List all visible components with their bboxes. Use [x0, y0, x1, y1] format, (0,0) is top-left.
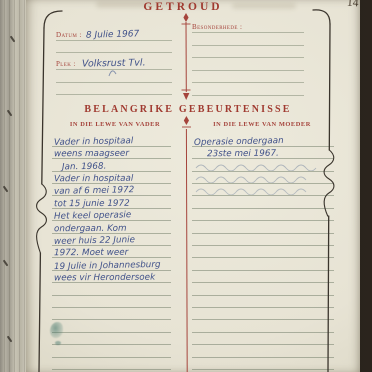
handwritten-datum-value: 8 Julie 1967 — [86, 29, 139, 40]
mother-column-heading: IN DIE LEWE VAN MOEDER — [202, 121, 322, 128]
ruled-line — [52, 320, 171, 332]
handwritten-text: tot 15 junie 1972 — [54, 199, 130, 210]
father-entry-line: 19 Julie in Johannesburg — [52, 258, 171, 270]
father-entry-line: weer huis 22 Junie — [52, 234, 171, 246]
ruled-line — [192, 320, 334, 332]
register-book-photo: 14 GETROUD Datum : 8 Julie 1967 Plek : V… — [0, 0, 372, 372]
page-number: 14 — [347, 0, 359, 9]
father-entry-line: weens maagseer — [52, 147, 171, 159]
father-entry-line: Het keel operasie — [52, 209, 171, 221]
married-section-title: GETROUD — [33, 1, 333, 13]
ruled-line — [192, 196, 334, 208]
datum-label: Datum : — [56, 31, 82, 39]
faded-handwriting — [194, 173, 314, 183]
handwritten-text: wees vir Herondersoek — [54, 273, 155, 284]
mother-entry-line: Operasie ondergaan — [192, 135, 334, 147]
stitch-mark — [3, 260, 9, 267]
ruled-line — [192, 308, 334, 320]
stitch-mark — [3, 186, 9, 193]
datum-field-row: Datum : 8 Julie 1967 — [56, 28, 172, 41]
ruled-line — [52, 345, 171, 357]
ruled-line — [192, 58, 304, 71]
ruled-line — [52, 283, 171, 295]
mother-entry-line — [192, 172, 334, 184]
ruled-line — [52, 333, 171, 345]
father-events-column: Vader in hospitaal weens maagseer Jan. 1… — [52, 135, 171, 370]
pen-flourish-mark — [108, 68, 118, 78]
father-column-heading: IN DIE LEWE VAN VADER — [56, 121, 174, 128]
stitch-mark — [7, 110, 13, 117]
stitch-mark — [10, 36, 16, 43]
ruled-line — [56, 83, 172, 96]
ruled-line — [192, 296, 334, 308]
events-section-heading: BELANGRIKE GEBEURTENISSE — [38, 104, 338, 115]
ruled-line — [192, 234, 334, 246]
stitch-mark — [7, 336, 13, 343]
father-entry-line: Vader in hospitaal — [52, 135, 171, 147]
ruled-line — [192, 283, 334, 295]
ruled-line — [56, 41, 172, 54]
father-entry-line: tot 15 junie 1972 — [52, 196, 171, 208]
mother-events-column: Operasie ondergaan 23ste mei 1967. — [192, 135, 334, 370]
mother-entry-line: 23ste mei 1967. — [192, 147, 334, 159]
father-entry-line: Jan. 1968. — [52, 159, 171, 171]
mother-entry-line — [192, 184, 334, 196]
ruled-line — [52, 308, 171, 320]
ruled-line — [52, 296, 171, 308]
book-binding — [0, 0, 28, 372]
father-entry-line: ondergaan. Kom — [52, 221, 171, 233]
document-page: 14 GETROUD Datum : 8 Julie 1967 Plek : V… — [26, 0, 360, 372]
besonderhede-label: Besonderhede : — [192, 23, 242, 31]
plek-label: Plek : — [56, 60, 76, 68]
faded-handwriting — [194, 185, 320, 195]
ruled-line — [192, 258, 334, 270]
handwritten-text: ondergaan. Kom — [54, 223, 127, 234]
mother-entry-line — [192, 159, 334, 171]
besonderhede-field-row: Besonderhede : — [192, 21, 304, 34]
handwritten-text: 23ste mei 1967. — [207, 149, 279, 160]
handwritten-text: Jan. 1968. — [62, 161, 107, 172]
ruled-line — [192, 221, 334, 233]
ruled-line — [192, 209, 334, 221]
ruled-line — [192, 46, 304, 59]
faded-handwriting — [194, 161, 326, 171]
handwritten-text: weens maagseer — [54, 149, 129, 160]
ruled-line — [192, 33, 304, 46]
ruled-line — [192, 333, 334, 345]
father-entry-line: wees vir Herondersoek — [52, 271, 171, 283]
ruled-line — [52, 358, 171, 370]
ruled-line — [192, 271, 334, 283]
handwritten-text: 1972. Moet weer — [54, 248, 128, 259]
ink-blot — [55, 341, 61, 345]
ruled-line — [192, 345, 334, 357]
father-entry-line: Vader in hospitaal — [52, 172, 171, 184]
ruled-line — [192, 71, 304, 84]
father-entry-line: van af 6 mei 1972 — [52, 184, 171, 196]
handwritten-text: Vader in hospitaal — [54, 174, 133, 185]
ruled-line — [192, 358, 334, 370]
father-entry-line: 1972. Moet weer — [52, 246, 171, 258]
ruled-line — [192, 246, 334, 258]
ruled-line — [192, 83, 304, 96]
